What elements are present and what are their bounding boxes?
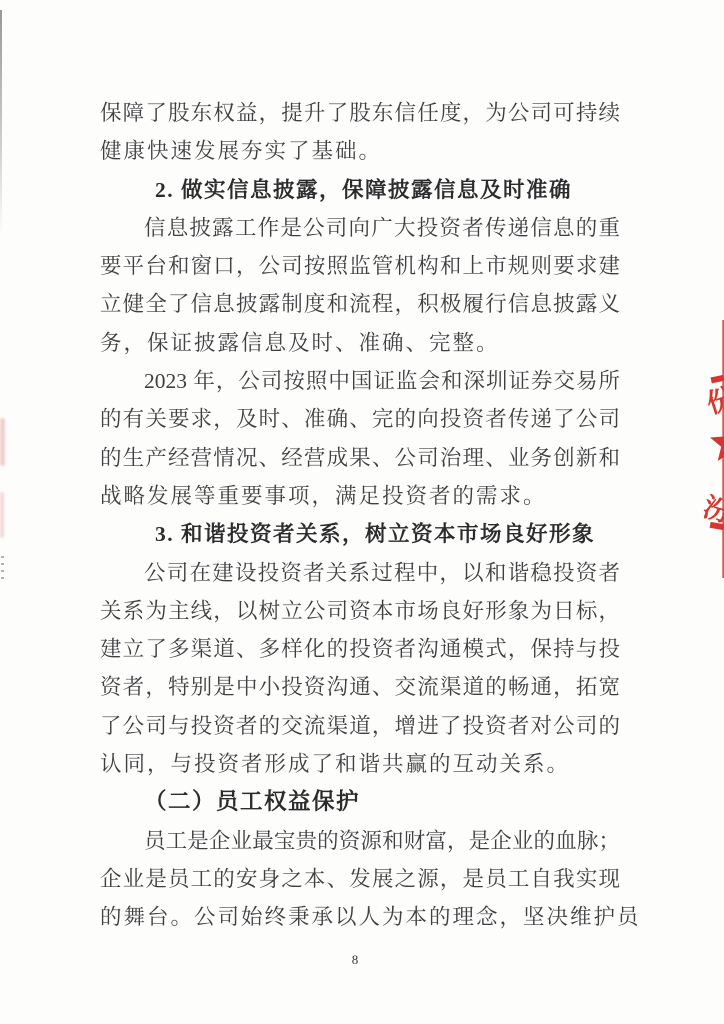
text-line: 企业是员工的安身之本、发展之源，是员工自我实现 — [100, 860, 620, 898]
text-column: 保障了股东权益，提升了股东信任度，为公司可持续健康快速发展夯实了基础。2. 做实… — [100, 94, 620, 937]
text-line: 了公司与投资者的交流渠道，增进了投资者对公司的 — [100, 707, 620, 745]
scan-speckles — [1, 556, 4, 582]
text-line: 关系为主线，以树立公司资本市场良好形象为日标， — [100, 592, 620, 630]
text-line: 的生产经营情况、经营成果、公司治理、业务创新和 — [100, 439, 620, 477]
text-line: 建立了多渠道、多样化的投资者沟通模式，保持与投 — [100, 630, 620, 668]
heading-line: （二）员工权益保护 — [100, 783, 620, 821]
text-line: 务，保证披露信息及时、准确、完整。 — [100, 324, 620, 362]
text-line: 资者，特别是中小投资沟通、交流渠道的畅通，拓宽 — [100, 668, 620, 706]
seal-stroke — [711, 375, 724, 384]
scan-edge-line — [0, 10, 2, 235]
text-line: 战略发展等重要事项，满足投资者的需求。 — [100, 477, 620, 515]
text-line: 公司在建设投资者关系过程中，以和谐稳投资者 — [100, 554, 620, 592]
text-line: 2023 年，公司按照中国证监会和深圳证券交易所 — [100, 362, 620, 400]
seal-star-icon — [710, 423, 724, 461]
text-line: 认同，与投资者形成了和谐共赢的互动关系。 — [100, 745, 620, 783]
text-line: 员工是企业最宝贵的资源和财富，是企业的血脉； — [100, 822, 620, 860]
seal-character-top: 份 — [703, 383, 724, 420]
heading-line: 3. 和谐投资者关系，树立资本市场良好形象 — [100, 515, 620, 553]
scan-smudge — [0, 418, 5, 466]
page-number: 8 — [0, 952, 710, 968]
text-line: 的有关要求，及时、准确、完的向投资者传递了公司 — [100, 400, 620, 438]
text-line: 要平台和窗口，公司按照监管机构和上市规则要求建 — [100, 247, 620, 285]
red-seal-fragment: 份 汾 — [700, 320, 724, 578]
text-line: 的舞台。公司始终秉承以人为本的理念，坚决维护员 — [100, 898, 620, 936]
document-page: 保障了股东权益，提升了股东信任度，为公司可持续健康快速发展夯实了基础。2. 做实… — [0, 0, 724, 1024]
text-line: 信息披露工作是公司向广大投资者传递信息的重 — [100, 209, 620, 247]
text-line: 健康快速发展夯实了基础。 — [100, 132, 620, 170]
heading-line: 2. 做实信息披露，保障披露信息及时准确 — [100, 171, 620, 209]
scan-smudge — [0, 492, 4, 538]
text-line: 保障了股东权益，提升了股东信任度，为公司可持续 — [100, 94, 620, 132]
text-line: 立健全了信息披露制度和流程，积极履行信息披露义 — [100, 285, 620, 323]
